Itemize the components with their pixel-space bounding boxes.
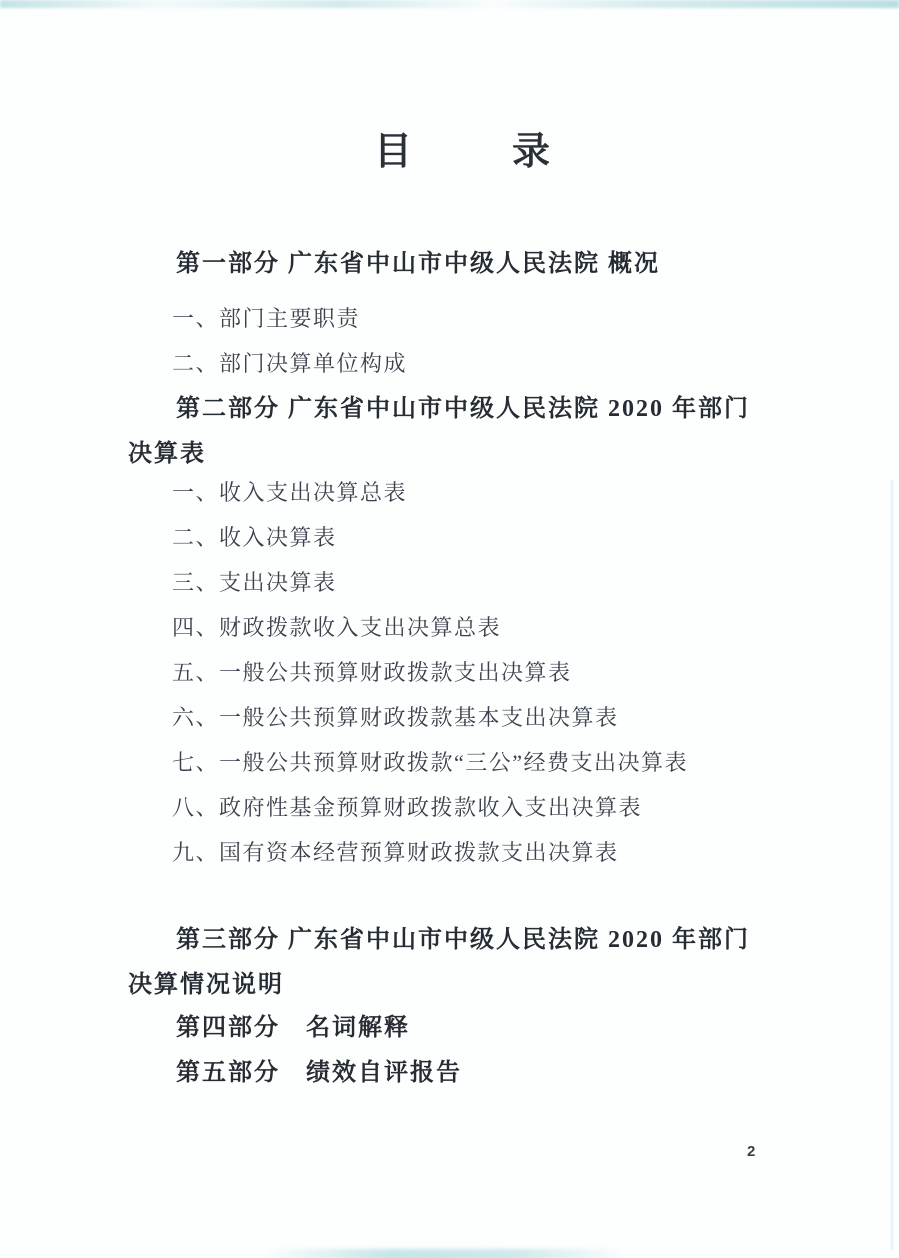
toc-item: 二、部门决算单位构成 — [128, 341, 753, 386]
toc-title: 目 录 — [374, 130, 550, 175]
document-page: 目 录 第一部分 广东省中山市中级人民法院 概况 一、部门主要职责 二、部门决算… — [0, 0, 899, 1258]
toc-item: 五、一般公共预算财政拨款支出决算表 — [128, 650, 753, 695]
toc-item: 一、部门主要职责 — [128, 296, 753, 341]
part2-heading: 第二部分 广东省中山市中级人民法院 2020 年部门决算表 — [128, 387, 753, 477]
toc-title-char-1: 目 — [374, 130, 412, 175]
page-number: 2 — [747, 1143, 755, 1160]
scan-artifact-top — [0, 0, 899, 8]
scan-artifact-bottom — [270, 1249, 620, 1258]
toc-item: 二、收入决算表 — [128, 515, 753, 560]
toc-item: 九、国有资本经营预算财政拨款支出决算表 — [128, 830, 753, 875]
toc-item: 一、收入支出决算总表 — [128, 470, 753, 515]
part3-heading: 第三部分 广东省中山市中级人民法院 2020 年部门决算情况说明 — [128, 918, 753, 1008]
toc-item: 三、支出决算表 — [128, 560, 753, 605]
toc-item: 七、一般公共预算财政拨款“三公”经费支出决算表 — [128, 740, 753, 785]
toc-item: 八、政府性基金预算财政拨款收入支出决算表 — [128, 785, 753, 830]
part5-heading: 第五部分 绩效自评报告 — [128, 1051, 753, 1096]
part1-heading: 第一部分 广东省中山市中级人民法院 概况 — [128, 242, 753, 287]
toc-title-char-2: 录 — [512, 130, 550, 175]
toc-item: 四、财政拨款收入支出决算总表 — [128, 605, 753, 650]
toc-item: 六、一般公共预算财政拨款基本支出决算表 — [128, 695, 753, 740]
scan-artifact-right-edge — [891, 480, 893, 1250]
part4-heading: 第四部分 名词解释 — [128, 1006, 753, 1051]
